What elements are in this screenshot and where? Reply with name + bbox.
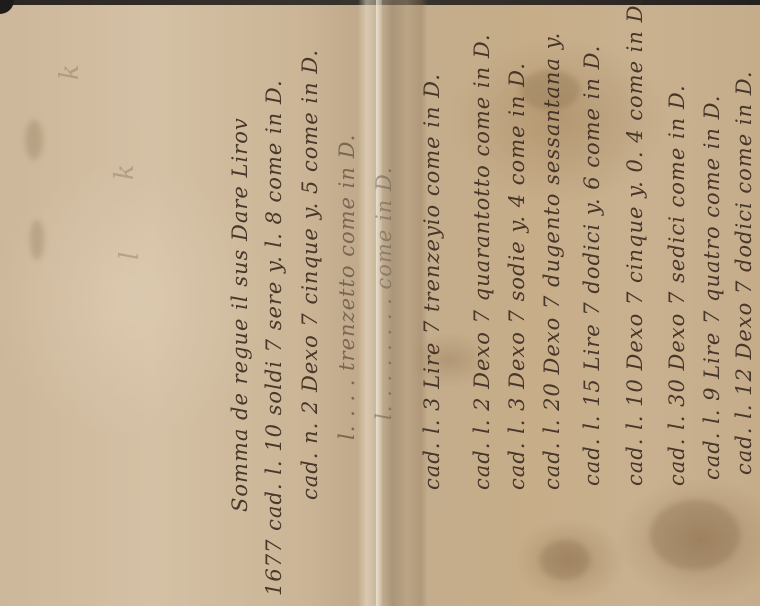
manuscript-line: cad. n. 2 Dexo 7 cinque y. 5 come in D. [298, 49, 322, 500]
torn-corner [0, 0, 14, 14]
stain [540, 540, 590, 580]
manuscript-line: cad. l. 9 Lire 7 quatro come in D. [700, 95, 724, 480]
manuscript-scan: k k l Somma de regue il sus Dare Lirov 1… [0, 0, 760, 606]
manuscript-line: Somma de regue il sus Dare Lirov [228, 117, 252, 512]
stain [650, 500, 740, 570]
ink-bleed-through: k [55, 64, 85, 80]
ink-bleed-through: l [115, 252, 145, 260]
manuscript-line: l. . . . trenzetto come in D. [335, 134, 359, 440]
stain [25, 120, 43, 160]
manuscript-line: cad. l. 10 Dexo 7 cinque y. 0. 4 come in… [623, 0, 647, 486]
manuscript-line: l. . . . . . . . come in D. [372, 166, 396, 420]
manuscript-line: cad. l. 12 Dexo 7 dodici come in D. [732, 71, 756, 476]
manuscript-line: cad. l. 15 Lire 7 dodici y. 6 come in D. [580, 45, 604, 486]
manuscript-line: 1677 cad. l. 10 soldi 7 sere y. l. 8 com… [262, 79, 286, 596]
manuscript-line: cad. l. 20 Dexo 7 dugento sessantana y. [540, 32, 564, 490]
manuscript-line: cad. l. 30 Dexo 7 sedici come in D. [665, 84, 689, 486]
stain [30, 220, 44, 260]
manuscript-line: cad. l. 3 Dexo 7 sodie y. 4 come in D. [505, 62, 529, 490]
manuscript-line: cad. l. 2 Dexo 7 quarantotto come in D. [470, 33, 494, 490]
manuscript-line: cad. l. 3 Lire 7 trenzeyio come in D. [420, 73, 444, 490]
ink-bleed-through: k [110, 164, 140, 180]
